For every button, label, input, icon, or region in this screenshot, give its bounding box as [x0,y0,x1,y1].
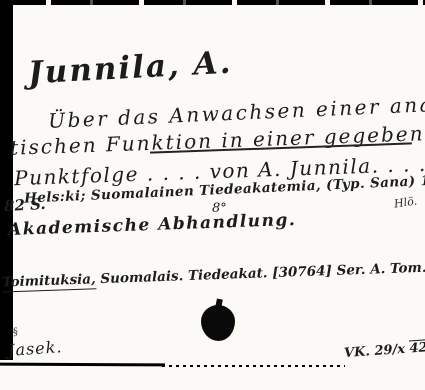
scan-top-edge [0,0,425,5]
series-line: Toimituksia, Suomalais. Tiedeakat. [3076… [2,257,425,290]
author-heading: Junnila, A. [27,45,233,92]
format-side-note: Hlö. [393,194,418,210]
librarian-signature: Jasek. [7,337,63,360]
date-year: 42 [409,340,425,356]
pages-note: 82 S. [4,195,47,215]
date-annotation: VK. 29/x 42. [344,340,425,361]
date-initials: VK. 29/x [344,342,410,362]
series-rest: Suomalais. Tiedeakat. [30764] Ser. A. To… [95,257,425,287]
punch-hole [201,305,235,341]
scan-left-edge [0,4,13,360]
series-title: Toimituksia, [2,271,96,292]
paragraph-mark: § [12,327,19,339]
bottom-rule-dotted [162,365,345,367]
catalog-card-scan: Junnila, A. Über das Anwachsen einer ana… [0,0,425,390]
thesis-note: Akademische Abhandlung. [8,210,297,240]
bottom-rule-solid [0,363,165,367]
